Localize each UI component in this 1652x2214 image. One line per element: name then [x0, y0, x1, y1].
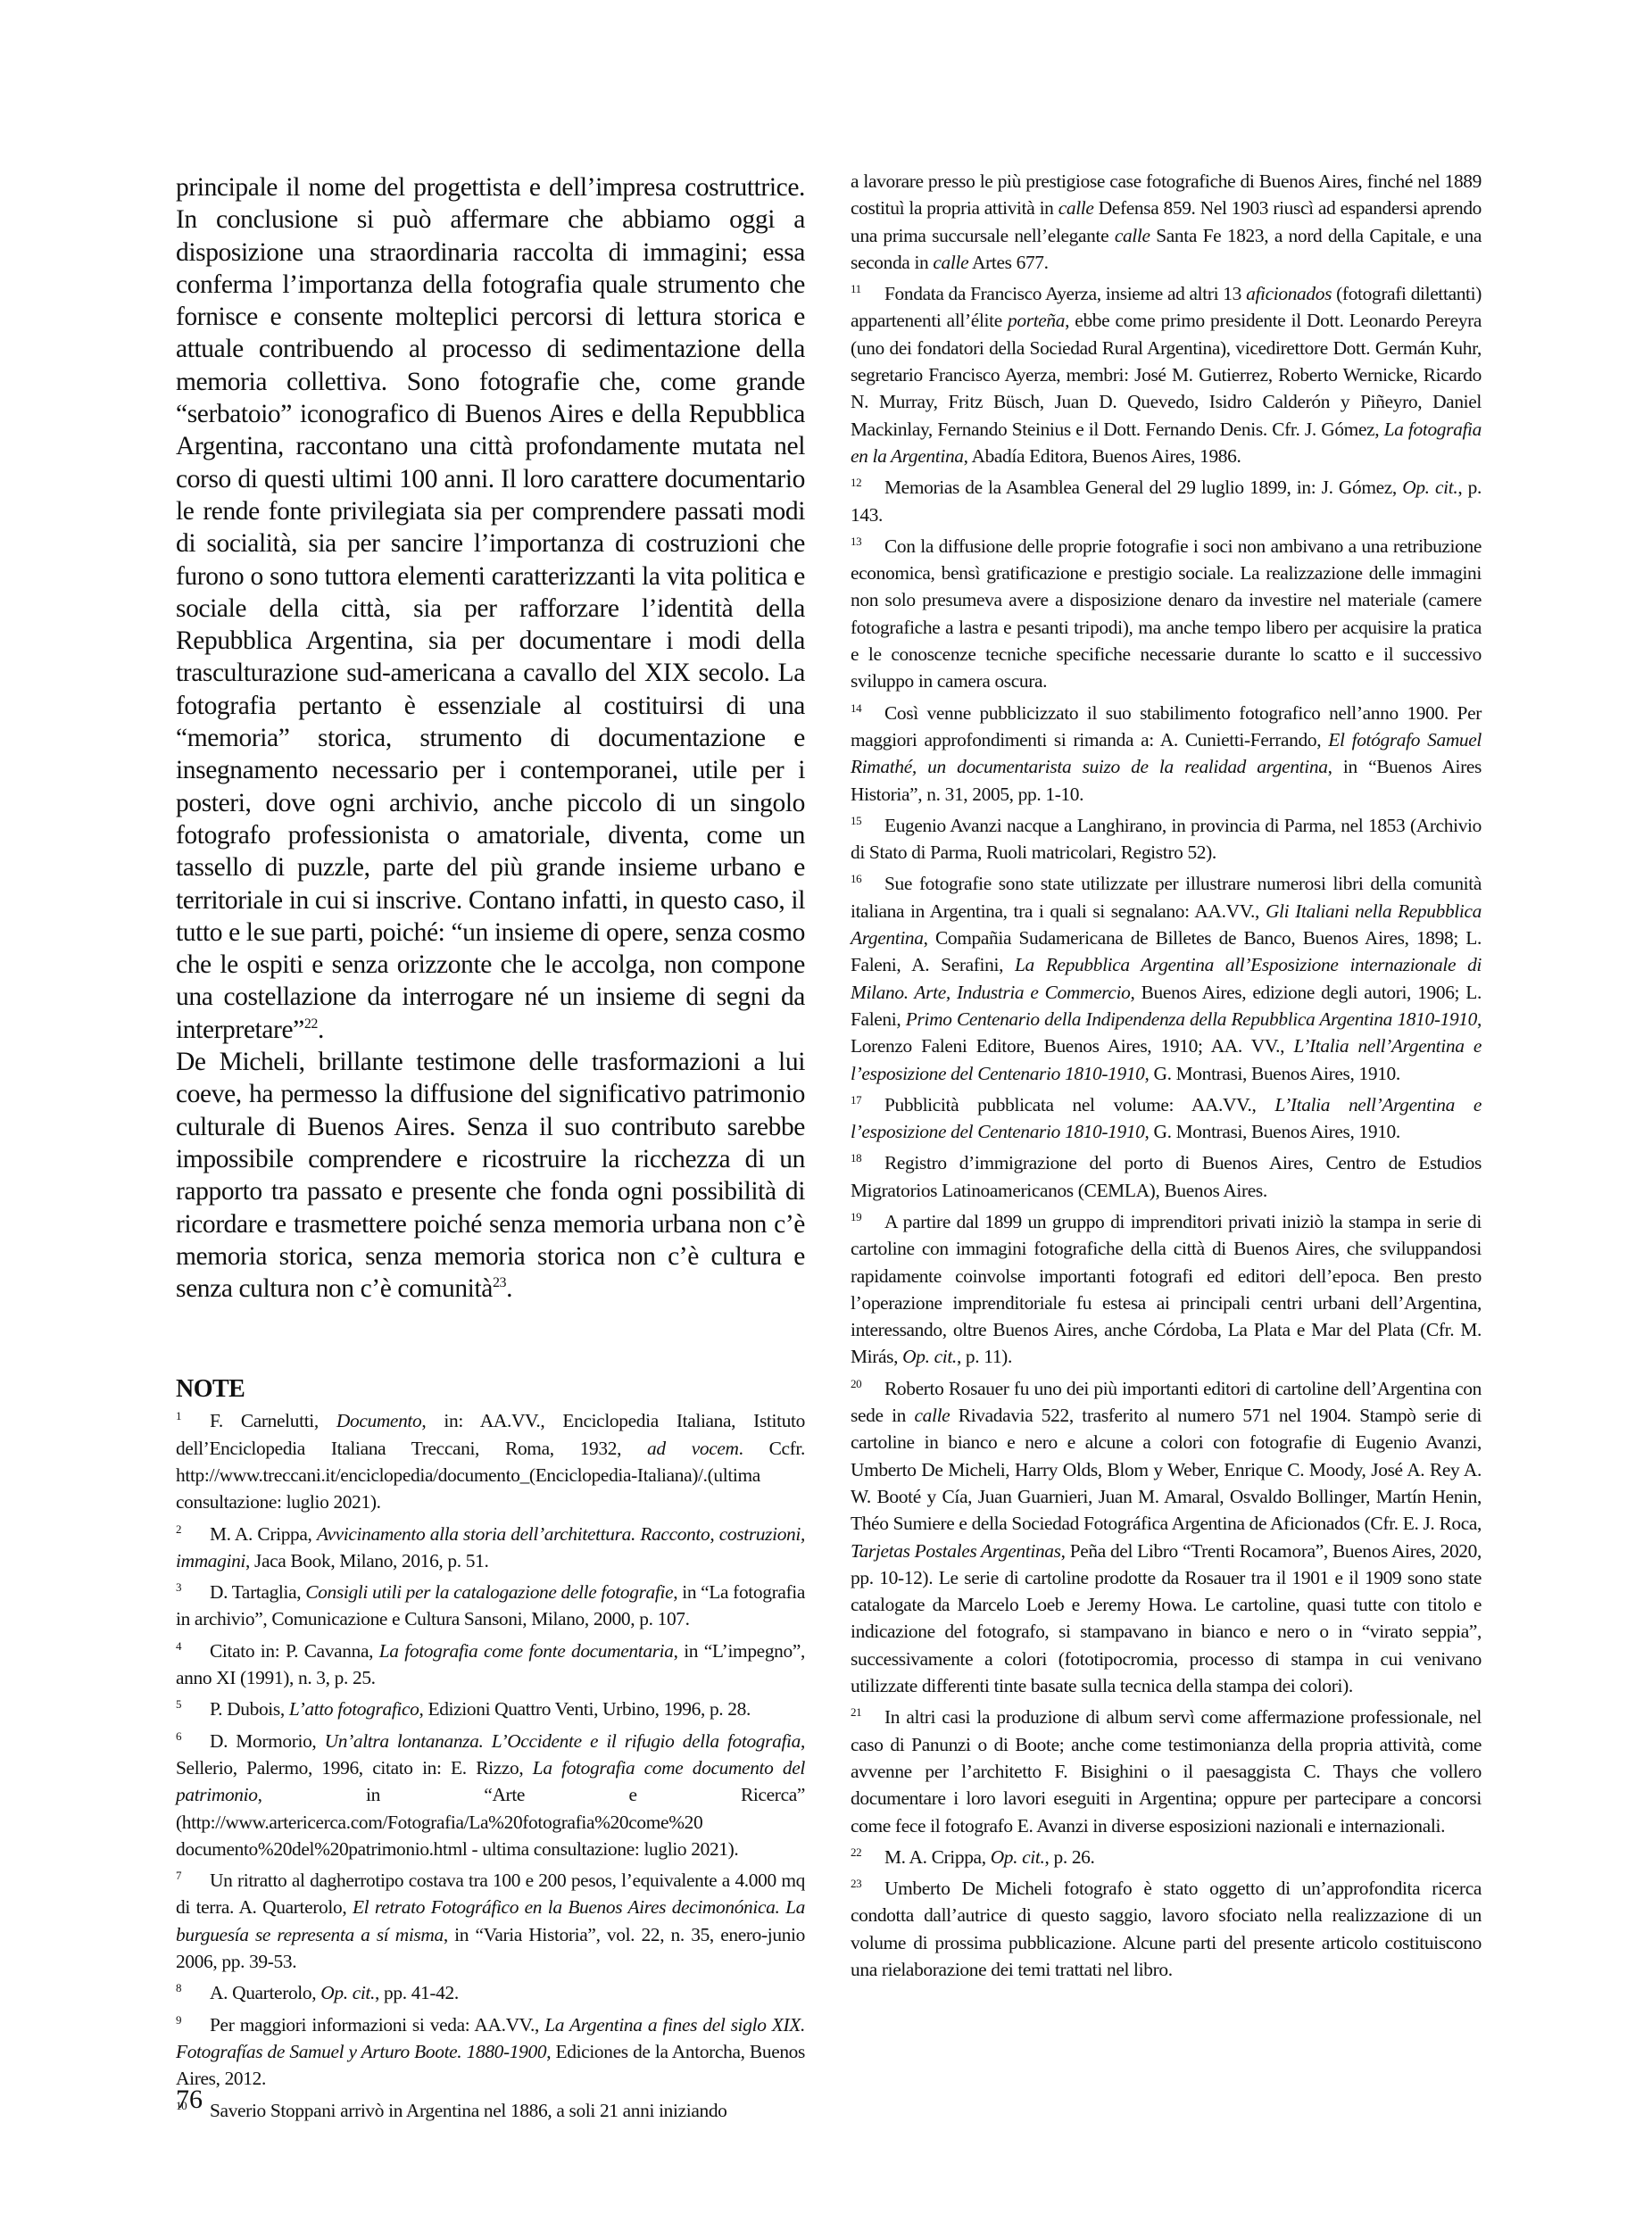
italic-title: Op. cit. [991, 1846, 1045, 1868]
footnote-text: , Abadía Editora, Buenos Aires, 1986. [964, 445, 1241, 467]
footnote-number: 13 [851, 528, 884, 555]
footnote-number: 1 [176, 1403, 210, 1430]
footnote: 7Un ritratto al dagherrotipo costava tra… [176, 1862, 805, 1975]
footnote-text: Registro d’immigrazione del porto di Bue… [851, 1152, 1482, 1200]
footnote-number: 15 [851, 808, 884, 834]
right-column: a lavorare presso le più prestigiose cas… [851, 168, 1482, 1983]
italic-title: Op. cit. [902, 1346, 957, 1367]
italic-title: Un’altra lontananza. L’Occidente e il ri… [325, 1730, 801, 1752]
footnote: 20Roberto Rosauer fu uno dei più importa… [851, 1371, 1482, 1700]
footnote: 22M. A. Crippa, Op. cit., p. 26. [851, 1839, 1482, 1870]
footnote-text: Saverio Stoppani arrivò in Argentina nel… [210, 2100, 727, 2121]
footnote-number: 5 [176, 1691, 210, 1718]
footnote: a lavorare presso le più prestigiose cas… [851, 168, 1482, 276]
footnote: 23Umberto De Micheli fotografo è stato o… [851, 1870, 1482, 1983]
italic-title: Documento [336, 1410, 421, 1431]
footnote-number: 19 [851, 1204, 884, 1231]
footnote-number: 6 [176, 1723, 210, 1750]
footnote-number: 3 [176, 1574, 210, 1601]
paragraph-text: principale il nome del progettista e del… [176, 173, 805, 1044]
footnote: 18Registro d’immigrazione del porto di B… [851, 1145, 1482, 1204]
footnote: 16Sue fotografie sono state utilizzate p… [851, 866, 1482, 1086]
footnote-text: P. Dubois, [210, 1698, 289, 1720]
footnote: 8A. Quarterolo, Op. cit., pp. 41-42. [176, 1975, 805, 2006]
footnote-text: Citato in: P. Cavanna, [210, 1640, 379, 1662]
italic-title: Tarjetas Postales Argentinas [851, 1540, 1061, 1562]
footnote-number: 2 [176, 1516, 210, 1543]
footnote: 5P. Dubois, L’atto fotografico, Edizioni… [176, 1691, 805, 1722]
footnote-ref: 22 [304, 1016, 318, 1032]
left-column: principale il nome del progettista e del… [176, 171, 805, 2124]
footnote: 12Memorias de la Asamblea General del 29… [851, 469, 1482, 528]
footnote-text: A partire dal 1899 un gruppo di imprendi… [851, 1211, 1482, 1367]
footnote-text: In altri casi la produzione di album ser… [851, 1706, 1482, 1836]
footnote: 3D. Tartaglia, Consigli utili per la cat… [176, 1574, 805, 1633]
footnote-text: Umberto De Micheli fotografo è stato ogg… [851, 1878, 1482, 1980]
footnote-number: 11 [851, 276, 884, 303]
italic-title: porteña [1008, 310, 1065, 331]
italic-title: Op. cit. [1402, 477, 1457, 498]
footnote-number: 16 [851, 866, 884, 892]
footnote-number: 4 [176, 1633, 210, 1660]
notes-list-left: 1F. Carnelutti, Documento, in: AA.VV., E… [176, 1403, 805, 2123]
italic-title: calle [1115, 225, 1150, 246]
italic-title: Op. cit. [320, 1982, 375, 2003]
footnote-number: 17 [851, 1087, 884, 1114]
footnote-text: , Edizioni Quattro Venti, Urbino, 1996, … [419, 1698, 751, 1720]
footnote-text: D. Tartaglia, [210, 1581, 305, 1603]
footnote-number: 23 [851, 1870, 884, 1897]
footnote-ref: 23 [493, 1275, 506, 1290]
italic-title: Primo Centenario della Indipendenza dell… [906, 1008, 1477, 1030]
footnote-text: D. Mormorio, [210, 1730, 325, 1752]
page-number: 76 [176, 2085, 203, 2115]
footnote-text: , pp. 41-42. [375, 1982, 459, 2003]
footnote-text: , p. 11). [957, 1346, 1012, 1367]
footnote: 4Citato in: P. Cavanna, La fotografia co… [176, 1633, 805, 1692]
footnote: 6D. Mormorio, Un’altra lontananza. L’Occ… [176, 1723, 805, 1862]
footnote-number: 14 [851, 695, 884, 722]
footnote-text: Memorias de la Asamblea General del 29 l… [884, 477, 1402, 498]
footnote-text: , G. Montrasi, Buenos Aires, 1910. [1145, 1063, 1400, 1084]
footnote-number: 18 [851, 1145, 884, 1172]
footnote-text: , G. Montrasi, Buenos Aires, 1910. [1145, 1121, 1400, 1142]
footnote-text: A. Quarterolo, [210, 1982, 320, 2003]
italic-title: calle [914, 1405, 950, 1426]
footnote-text: , Jaca Book, Milano, 2016, p. 51. [245, 1550, 488, 1571]
footnote-number: 21 [851, 1699, 884, 1726]
italic-title: Consigli utili per la catalogazione dell… [305, 1581, 673, 1603]
footnote-text: , Peña del Libro “Trenti Rocamora”, Buen… [851, 1540, 1482, 1696]
italic-title: L’atto fotografico [289, 1698, 419, 1720]
footnote-number: 7 [176, 1862, 210, 1889]
footnote-text: Per maggiori informazioni si veda: AA.VV… [210, 2014, 544, 2036]
footnote-text: M. A. Crippa, [884, 1846, 991, 1868]
footnote-text: Fondata da Francisco Ayerza, insieme ad … [884, 283, 1246, 304]
italic-title: ad vocem [647, 1438, 739, 1459]
italic-title: calle [933, 252, 968, 273]
main-text: principale il nome del progettista e del… [176, 171, 805, 1305]
footnote-text: , in “Arte e Ricerca” (http://www.arteri… [176, 1784, 805, 1860]
footnote: 15Eugenio Avanzi nacque a Langhirano, in… [851, 808, 1482, 867]
paragraph: De Micheli, brillante testimone delle tr… [176, 1046, 805, 1305]
footnote: 13Con la diffusione delle proprie fotogr… [851, 528, 1482, 695]
footnote-text: M. A. Crippa, [210, 1523, 317, 1545]
footnote: 10Saverio Stoppani arrivò in Argentina n… [176, 2093, 805, 2124]
punctuation: . [506, 1274, 512, 1303]
footnote-text: Eugenio Avanzi nacque a Langhirano, in p… [851, 815, 1482, 863]
footnote-number: 12 [851, 469, 884, 496]
footnote: 1F. Carnelutti, Documento, in: AA.VV., E… [176, 1403, 805, 1515]
footnote-text: Con la diffusione delle proprie fotograf… [851, 535, 1482, 692]
notes-title: NOTE [176, 1376, 805, 1403]
notes-list-right: a lavorare presso le più prestigiose cas… [851, 168, 1482, 1983]
italic-title: calle [1058, 197, 1094, 219]
footnote-text: Artes 677. [968, 252, 1048, 273]
italic-title: aficionados [1246, 283, 1332, 304]
footnote: 11Fondata da Francisco Ayerza, insieme a… [851, 276, 1482, 469]
footnote-text: Pubblicità pubblicata nel volume: AA.VV.… [884, 1094, 1274, 1115]
paragraph: principale il nome del progettista e del… [176, 171, 805, 1046]
footnote-number: 8 [176, 1975, 210, 2002]
footnote-number: 20 [851, 1371, 884, 1397]
paragraph-text: De Micheli, brillante testimone delle tr… [176, 1048, 805, 1303]
footnote-number: 9 [176, 2007, 210, 2034]
footnote: 14Così venne pubblicizzato il suo stabil… [851, 695, 1482, 808]
footnote: 2M. A. Crippa, Avvicinamento alla storia… [176, 1516, 805, 1575]
footnote-text: , p. 26. [1044, 1846, 1094, 1868]
footnote-text: F. Carnelutti, [210, 1410, 336, 1431]
footnote: 17Pubblicità pubblicata nel volume: AA.V… [851, 1087, 1482, 1146]
italic-title: La fotografia come fonte documentaria [379, 1640, 674, 1662]
footnote: 9Per maggiori informazioni si veda: AA.V… [176, 2007, 805, 2093]
notes-section: NOTE 1F. Carnelutti, Documento, in: AA.V… [176, 1376, 805, 2123]
footnote: 19A partire dal 1899 un gruppo di impren… [851, 1204, 1482, 1371]
footnote: 21In altri casi la produzione di album s… [851, 1699, 1482, 1838]
footnote-number: 22 [851, 1839, 884, 1866]
punctuation: . [318, 1016, 324, 1044]
